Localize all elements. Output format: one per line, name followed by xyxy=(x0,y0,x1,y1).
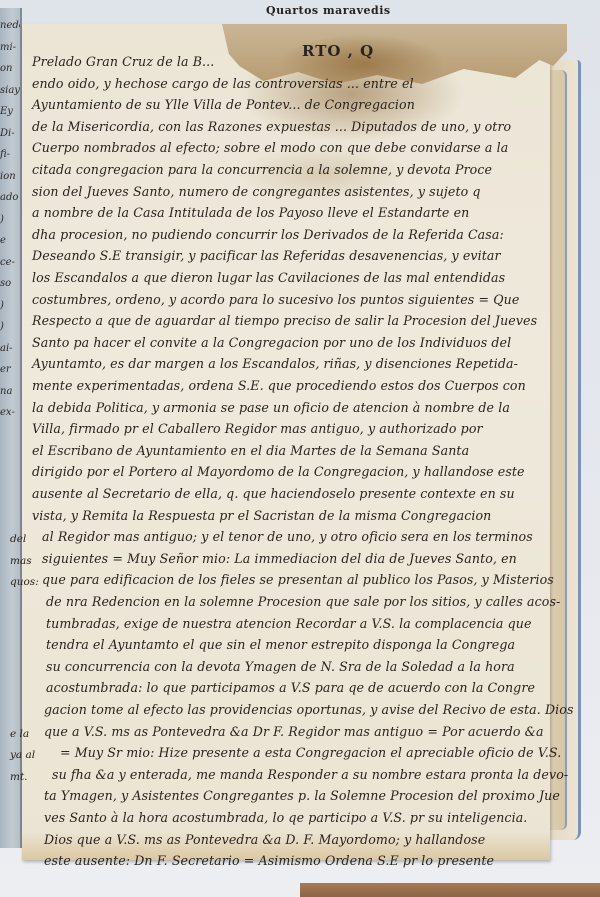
manuscript-line: Ayuntamiento de su Ylle Villa de Pontev.… xyxy=(32,97,415,112)
manuscript-line: su concurrencia con la devota Ymagen de … xyxy=(46,659,515,674)
facing-page-fragment: on xyxy=(0,63,20,74)
manuscript-line: al Regidor mas antiguo; y el tenor de un… xyxy=(42,529,533,544)
manuscript-page: Quartos maravedis RTO , Q Prelado Gran C… xyxy=(22,24,550,860)
manuscript-line: costumbres, ordeno, y acordo para lo suc… xyxy=(32,292,519,307)
manuscript-line: ta Ymagen, y Asistentes Congregantes p. … xyxy=(44,788,560,803)
manuscript-line: la debida Politica, y armonia se pase un… xyxy=(32,400,510,415)
facing-page-fragment: nedo xyxy=(0,20,20,31)
manuscript-line: endo oido, y hechose cargo de las contro… xyxy=(32,76,414,91)
manuscript-line: a nombre de la Casa Intitulada de los Pa… xyxy=(32,205,469,220)
manuscript-line: = Muy Sr mio: Hize presente a esta Congr… xyxy=(60,745,561,760)
manuscript-line: Dios que a V.S. ms as Pontevedra &a D. F… xyxy=(44,832,485,847)
manuscript-line: los Escandalos a que dieron lugar las Ca… xyxy=(32,270,505,285)
manuscript-line: Santo pa hacer el convite a la Congregac… xyxy=(32,335,511,350)
manuscript-line: este ausente: Dn F. Secretario = Asimism… xyxy=(44,853,494,868)
facing-page-fragment: ) xyxy=(0,214,20,225)
manuscript-line: tumbradas, exige de nuestra atencion Rec… xyxy=(46,616,532,631)
manuscript-line: Villa, firmado pr el Caballero Regidor m… xyxy=(32,421,483,436)
margin-note: del xyxy=(10,533,26,545)
manuscript-line: acostumbrada: lo que participamos a V.S … xyxy=(46,680,535,695)
manuscript-line: Ayuntamto, es dar margen a los Escandalo… xyxy=(32,356,518,371)
manuscript-line: Prelado Gran Cruz de la B... xyxy=(32,54,214,69)
facing-page-fragment: ex- xyxy=(0,407,20,418)
margin-note: e la xyxy=(10,728,29,740)
facing-page-fragment: Ey xyxy=(0,106,20,117)
manuscript-line: su fha &a y enterada, me manda Responder… xyxy=(52,767,568,782)
table-surface xyxy=(300,883,600,897)
facing-page-fragment: mi- xyxy=(0,42,20,53)
manuscript-line: de la Misericordia, con las Razones expu… xyxy=(32,119,511,134)
printed-stamp-header: Quartos maravedis xyxy=(266,4,391,17)
manuscript-line: Cuerpo nombrados al efecto; sobre el mod… xyxy=(32,140,508,155)
facing-page-fragment: er xyxy=(0,364,20,375)
facing-page-fragment: fi- xyxy=(0,149,20,160)
facing-page-fragment: ion xyxy=(0,171,20,182)
facing-page-fragment: ai- xyxy=(0,343,20,354)
facing-page-fragment: Di- xyxy=(0,128,20,139)
manuscript-line: sion del Jueves Santo, numero de congreg… xyxy=(32,184,481,199)
manuscript-line: citada congregacion para la concurrencia… xyxy=(32,162,492,177)
manuscript-line: mente experimentadas, ordena S.E. que pr… xyxy=(32,378,526,393)
facing-page-edge: nedomi-onsiayEyDi-fi-ionado)ece-so))ai-e… xyxy=(0,8,22,848)
facing-page-fragment: so xyxy=(0,278,20,289)
printed-stamp-fragment: RTO , Q xyxy=(302,42,374,60)
facing-page-fragment: ado xyxy=(0,192,20,203)
manuscript-line: Deseando S.E transigir, y pacificar las … xyxy=(32,248,501,263)
manuscript-line: siguientes = Muy Señor mio: La immediaci… xyxy=(42,551,517,566)
manuscript-line: que a V.S. ms as Pontevedra &a Dr F. Reg… xyxy=(44,724,544,739)
manuscript-line: el Escribano de Ayuntamiento en el dia M… xyxy=(32,443,469,458)
margin-note: quos: xyxy=(10,576,39,588)
margin-note: mt. xyxy=(10,771,28,783)
manuscript-line: de nra Redencion en la solemne Procesion… xyxy=(46,594,560,609)
manuscript-line: dirigido por el Portero al Mayordomo de … xyxy=(32,464,525,479)
facing-page-fragment: na xyxy=(0,386,20,397)
facing-page-fragment: ) xyxy=(0,300,20,311)
margin-note: ya al xyxy=(10,749,35,761)
facing-page-fragment: siay xyxy=(0,85,20,96)
manuscript-line: tendra el Ayuntamto el que sin el menor … xyxy=(46,637,515,652)
facing-page-fragment: e xyxy=(0,235,20,246)
manuscript-line: dha procesion, no pudiendo concurrir los… xyxy=(32,227,504,242)
facing-page-fragment: ce- xyxy=(0,257,20,268)
manuscript-line: gacion tome al efecto las providencias o… xyxy=(44,702,574,717)
manuscript-line: que para edificacion de los fieles se pr… xyxy=(42,572,554,587)
manuscript-line: vista, y Remita la Respuesta pr el Sacri… xyxy=(32,508,491,523)
manuscript-line: Respecto a que de aguardar al tiempo pre… xyxy=(32,313,537,328)
margin-note: mas xyxy=(10,555,32,567)
manuscript-line: ves Santo à la hora acostumbrada, lo qe … xyxy=(44,810,527,825)
manuscript-line: ausente al Secretario de ella, q. que ha… xyxy=(32,486,515,501)
facing-page-fragment: ) xyxy=(0,321,20,332)
